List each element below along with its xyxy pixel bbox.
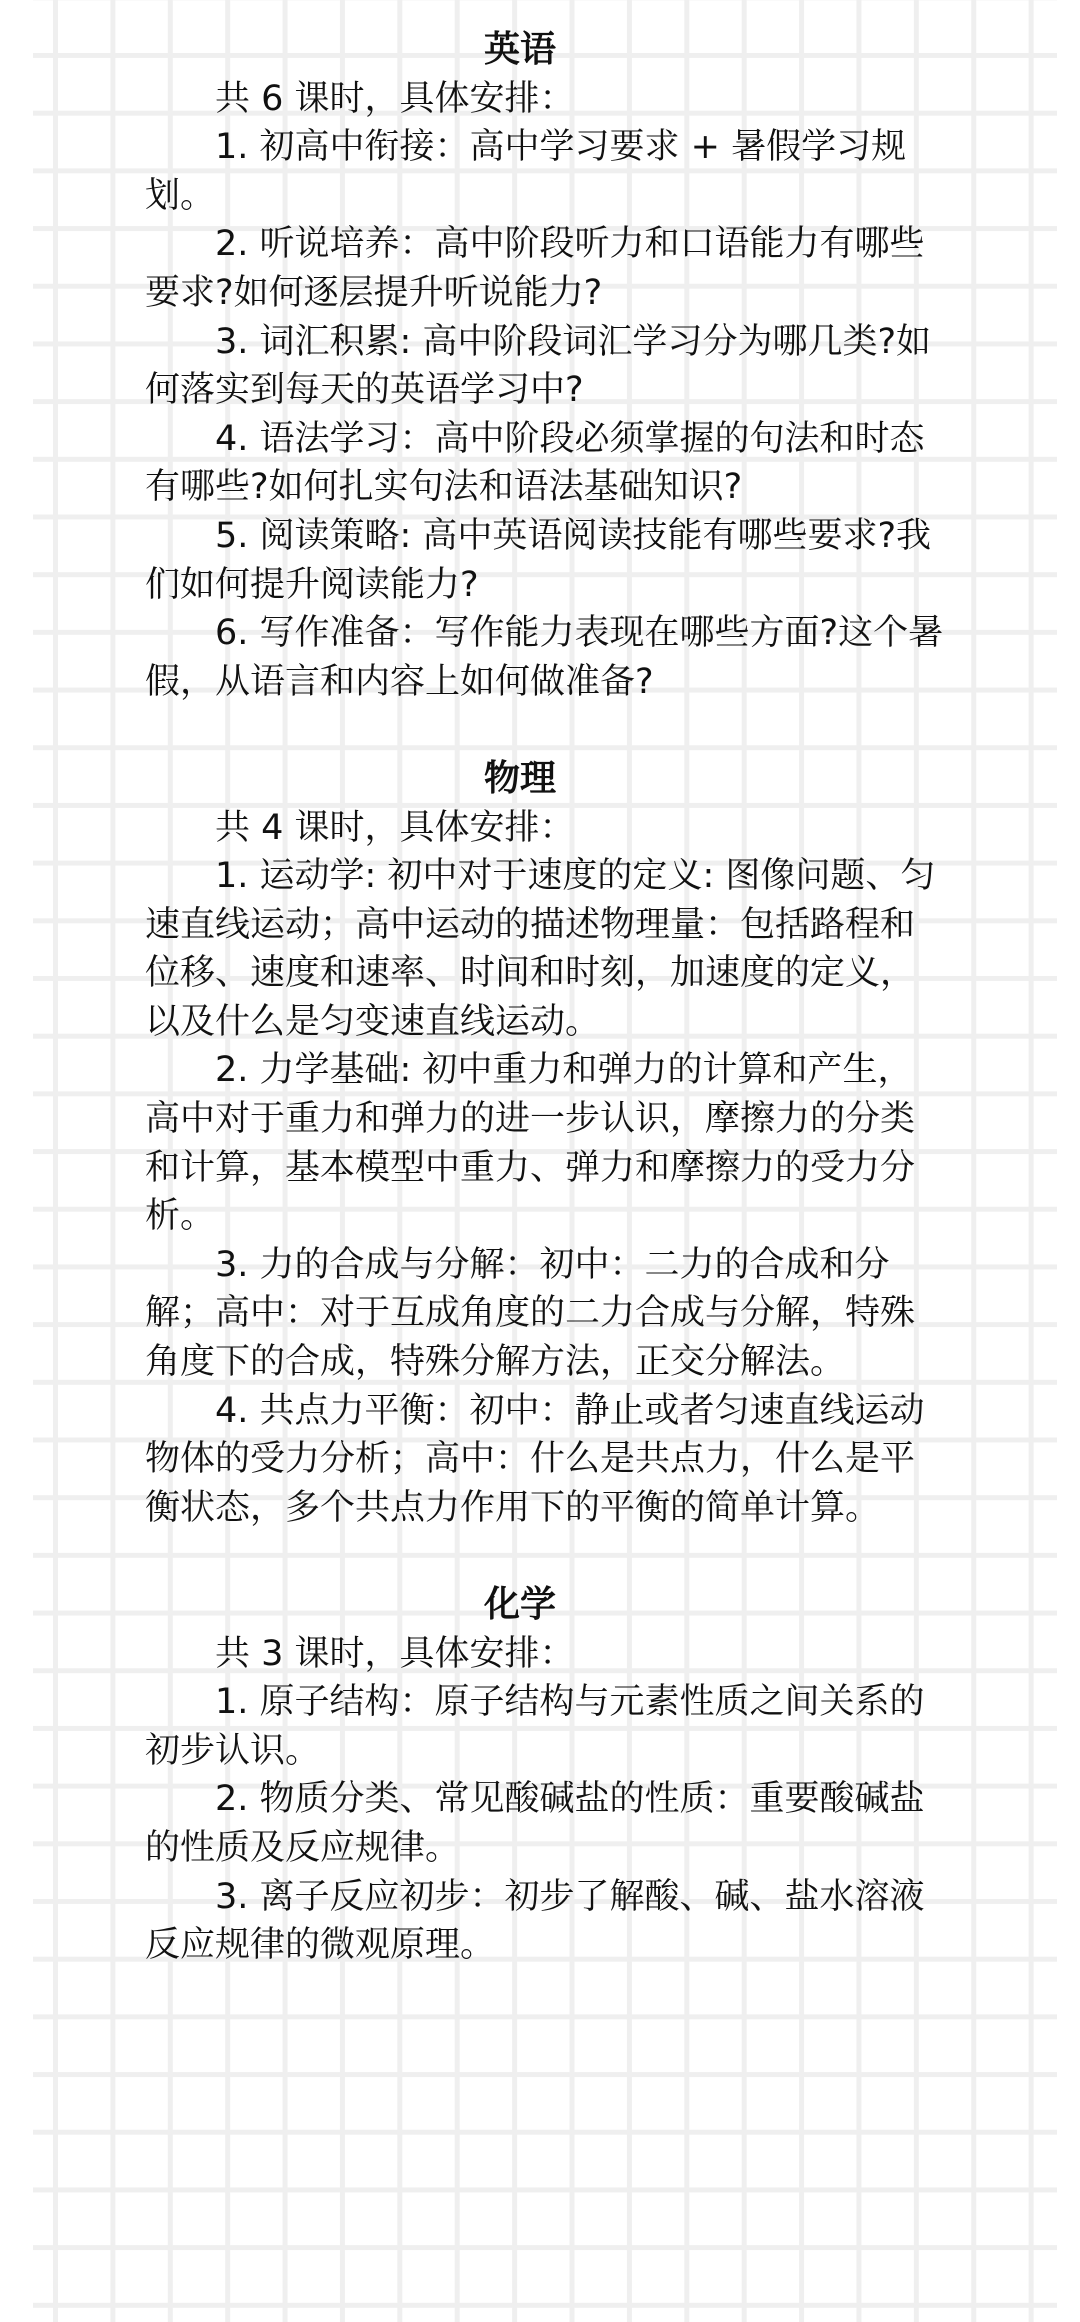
list-item: 1. 原子结构：原子结构与元素性质之间关系的初步认识。 bbox=[145, 1678, 945, 1775]
section-english: 英语 共 6 课时，具体安排： 1. 初高中衔接：高中学习要求 + 暑假学习规划… bbox=[145, 26, 945, 706]
list-item: 2. 物质分类、常见酸碱盐的性质：重要酸碱盐的性质及反应规律。 bbox=[145, 1775, 945, 1872]
section-intro: 共 3 课时，具体安排： bbox=[145, 1630, 945, 1679]
section-title: 英语 bbox=[145, 26, 945, 75]
document-body: 英语 共 6 课时，具体安排： 1. 初高中衔接：高中学习要求 + 暑假学习规划… bbox=[145, 26, 945, 1970]
list-item: 1. 初高中衔接：高中学习要求 + 暑假学习规划。 bbox=[145, 123, 945, 220]
section-chemistry: 化学 共 3 课时，具体安排： 1. 原子结构：原子结构与元素性质之间关系的初步… bbox=[145, 1581, 945, 1970]
section-intro: 共 6 课时，具体安排： bbox=[145, 75, 945, 124]
section-title: 化学 bbox=[145, 1581, 945, 1630]
list-item: 3. 离子反应初步：初步了解酸、碱、盐水溶液反应规律的微观原理。 bbox=[145, 1873, 945, 1970]
list-item: 2. 力学基础: 初中重力和弹力的计算和产生，高中对于重力和弹力的进一步认识，摩… bbox=[145, 1046, 945, 1240]
list-item: 4. 共点力平衡：初中：静止或者匀速直线运动物体的受力分析；高中：什么是共点力，… bbox=[145, 1387, 945, 1533]
section-intro: 共 4 课时，具体安排： bbox=[145, 804, 945, 853]
list-item: 3. 词汇积累: 高中阶段词汇学习分为哪几类?如何落实到每天的英语学习中? bbox=[145, 318, 945, 415]
section-title: 物理 bbox=[145, 755, 945, 804]
list-item: 2. 听说培养：高中阶段听力和口语能力有哪些要求?如何逐层提升听说能力? bbox=[145, 220, 945, 317]
list-item: 4. 语法学习：高中阶段必须掌握的句法和时态有哪些?如何扎实句法和语法基础知识? bbox=[145, 415, 945, 512]
list-item: 3. 力的合成与分解：初中：二力的合成和分解；高中：对于互成角度的二力合成与分解… bbox=[145, 1241, 945, 1387]
list-item: 5. 阅读策略: 高中英语阅读技能有哪些要求?我们如何提升阅读能力? bbox=[145, 512, 945, 609]
section-physics: 物理 共 4 课时，具体安排： 1. 运动学: 初中对于速度的定义: 图像问题、… bbox=[145, 755, 945, 1533]
list-item: 6. 写作准备：写作能力表现在哪些方面?这个暑假，从语言和内容上如何做准备? bbox=[145, 609, 945, 706]
list-item: 1. 运动学: 初中对于速度的定义: 图像问题、匀速直线运动；高中运动的描述物理… bbox=[145, 852, 945, 1046]
